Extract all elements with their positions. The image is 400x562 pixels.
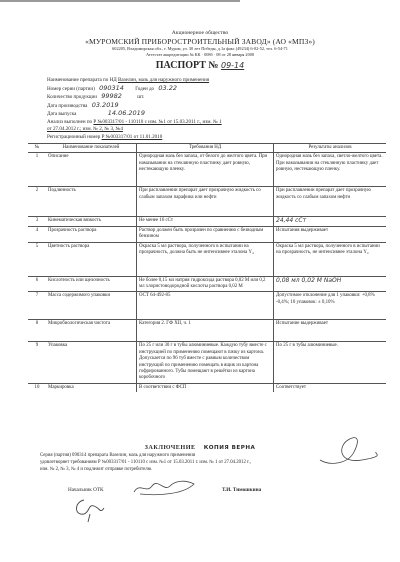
table-row: 10 Маркировка В соответствии с ФСП Соотв…: [28, 383, 386, 392]
table-row: 1 Описание Однородная мазь без запаха, о…: [28, 153, 386, 187]
passport-number: 09-14: [221, 61, 244, 70]
field-drug-name: Наименование препарата по НД Вазелин, ма…: [47, 77, 347, 85]
table-header: № Наименование показателей Требования НД…: [28, 144, 386, 153]
reg-number-value: Р №003317/01 от 11.01.2010: [102, 134, 163, 140]
series-value: 090314: [99, 84, 124, 92]
signature-icon: [318, 430, 378, 470]
field-analysis: Анализ выполнен по Р №003317/01 - 110110…: [47, 119, 347, 127]
field-release-date: Дата выпуска 14.06.2019: [47, 110, 347, 119]
table-row: 3 Кинематическая вязкость Не менее 16 сС…: [28, 217, 386, 226]
table-row: 7 Масса содержимого упаковки ОСТ 64-492-…: [28, 292, 386, 320]
table-row: 6 Кислотность или щелочность Не более 0,…: [28, 276, 386, 292]
table-row: 2 Подлинность При расплавлении препарат …: [28, 187, 386, 217]
quantity-value: 99982: [101, 92, 122, 100]
signature-icon: [130, 476, 200, 498]
document-header: Акционерное общество «МУРОМСКИЙ ПРИБОРОС…: [0, 30, 400, 72]
passport-label: ПАСПОРТ №: [156, 60, 219, 71]
table-row: 8 Микробиологическая чистота Категория 2…: [28, 320, 386, 342]
table-row: 9 Упаковка По 25 г или 30 г в тубы алюми…: [28, 342, 386, 383]
field-reg-number: Регистрационный номер Р №003317/01 от 11…: [47, 134, 347, 142]
accreditation: Аттестат аккредитации № КК · 008б · 08 о…: [0, 52, 400, 58]
org-name: «МУРОМСКИЙ ПРИБОРОСТРОИТЕЛЬНЫЙ ЗАВОД» (А…: [0, 37, 400, 46]
production-date-value: 03.2019: [92, 101, 119, 109]
table-row: 5 Цветность раствора Окраска 5 мл раство…: [28, 242, 386, 276]
copy-verified-stamp: КОПИЯ ВЕРНА: [204, 445, 256, 451]
passport-fields: Наименование препарата по НД Вазелин, ма…: [47, 77, 347, 141]
valid-until-value: 03.22: [158, 84, 177, 92]
signature-block: Начальник ОТК Т.И. Тимошкина: [68, 487, 368, 493]
field-series: Номер серии (партии) 090314 Годен до 03.…: [47, 85, 347, 94]
signatory-role: Начальник ОТК: [68, 487, 104, 493]
signatory-name: Т.И. Тимошкина: [222, 487, 261, 493]
org-type: Акционерное общество: [0, 30, 400, 37]
analysis-table: № Наименование показателей Требования НД…: [28, 143, 386, 392]
scan-edge: [0, 0, 240, 2]
table-row: 4 Прозрачность раствора Раствор должен б…: [28, 226, 386, 242]
drug-name-value: Вазелин, мазь для наружного применения: [118, 77, 209, 83]
release-date-value: 14.06.2019: [108, 109, 145, 117]
analysis-value: Р №003317/01 - 110110 с изм. №1 от 15.03…: [93, 119, 221, 125]
field-analysis-2: от 27.04.2012 г.; изм. № 2, № 3, №4: [47, 126, 347, 134]
signature-icon: [70, 496, 110, 524]
passport-title: ПАСПОРТ № 09-14: [0, 59, 400, 72]
field-production-date: Дата производства 03.2019: [47, 102, 347, 111]
